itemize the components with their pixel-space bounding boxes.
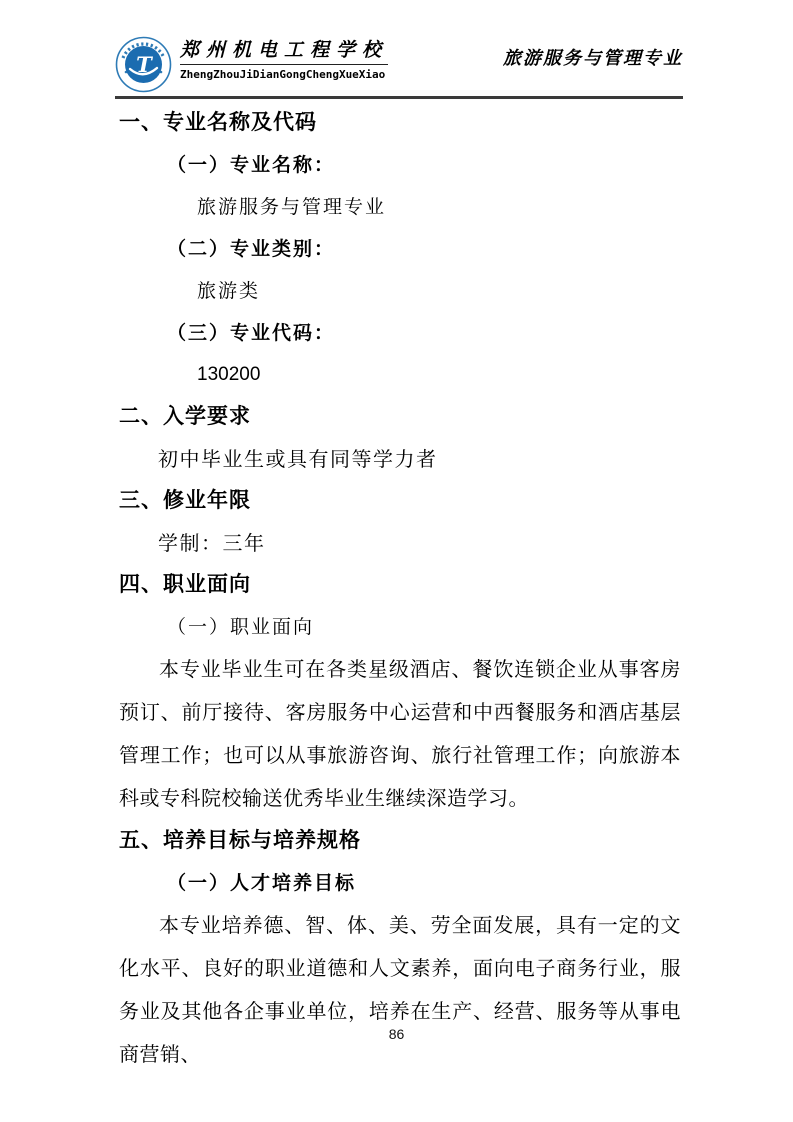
school-names: 郑州机电工程学校 ZhengZhouJiDianGongChengXueXiao <box>180 40 388 83</box>
page-header: T 郑州机电工程学校 ZhengZhouJiDianGongChengXueXi… <box>115 0 683 99</box>
page-number: 86 <box>0 1026 793 1042</box>
field-value-code: 130200 <box>197 354 681 396</box>
body-text: 初中毕业生或具有同等学力者 <box>158 438 681 480</box>
section-heading: 一、专业名称及代码 <box>119 102 681 144</box>
paragraph: 本专业毕业生可在各类星级酒店、餐饮连锁企业从事客房预订、前厅接待、客房服务中心运… <box>119 648 681 820</box>
section-heading: 三、修业年限 <box>119 480 681 522</box>
section-heading: 四、职业面向 <box>119 564 681 606</box>
subsection-heading: （一）专业名称： <box>167 144 681 186</box>
subsection-heading: （一）职业面向 <box>167 606 681 648</box>
subsection-heading: （三）专业代码： <box>167 312 681 354</box>
school-name-pinyin: ZhengZhouJiDianGongChengXueXiao <box>180 67 388 83</box>
school-name-chinese: 郑州机电工程学校 <box>180 40 388 65</box>
school-brand: T 郑州机电工程学校 ZhengZhouJiDianGongChengXueXi… <box>115 36 388 93</box>
school-logo-icon: T <box>115 36 172 93</box>
subsection-heading: （二）专业类别： <box>167 228 681 270</box>
section-heading: 二、入学要求 <box>119 396 681 438</box>
body-text: 学制：三年 <box>158 522 681 564</box>
field-value: 旅游类 <box>197 270 681 312</box>
section-heading: 五、培养目标与培养规格 <box>119 820 681 862</box>
document-title: 旅游服务与管理专业 <box>503 44 683 70</box>
paragraph: 本专业培养德、智、体、美、劳全面发展，具有一定的文化水平、良好的职业道德和人文素… <box>119 904 681 1076</box>
field-value: 旅游服务与管理专业 <box>197 186 681 228</box>
subsection-heading: （一）人才培养目标 <box>167 862 681 904</box>
document-body: 一、专业名称及代码 （一）专业名称： 旅游服务与管理专业 （二）专业类别： 旅游… <box>119 96 681 1076</box>
document-page: T 郑州机电工程学校 ZhengZhouJiDianGongChengXueXi… <box>0 0 793 1122</box>
